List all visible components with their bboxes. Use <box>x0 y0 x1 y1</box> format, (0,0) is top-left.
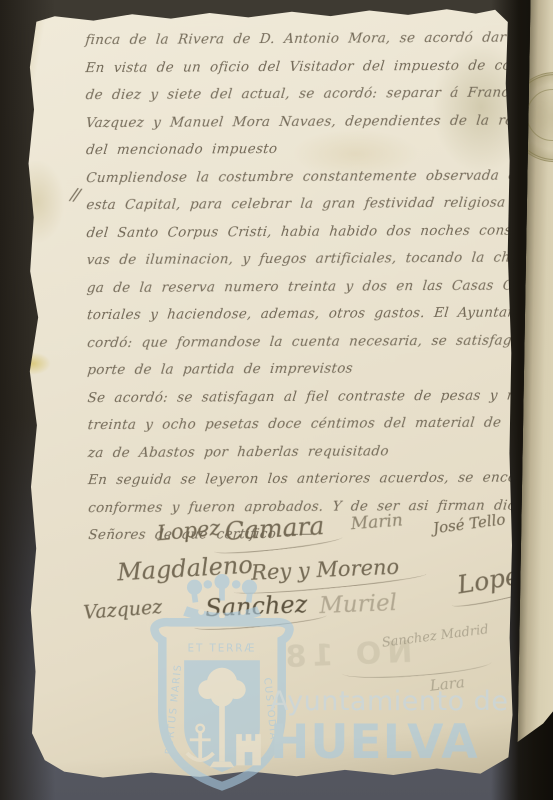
signature: Muriel <box>319 590 398 619</box>
archive-photo-scene: // finca de la Rivera de D. Antonio Mora… <box>0 0 553 800</box>
manuscript-line: del mencionado impuesto <box>85 135 508 165</box>
manuscript-text-block: finca de la Rivera de D. Antonio Mora, s… <box>84 25 507 550</box>
manuscript-line: En vista de un oficio del Visitador del … <box>84 52 507 82</box>
manuscript-line: vas de iluminacion, y fuegos artificiale… <box>85 245 508 275</box>
manuscript-line: treinta y ocho pesetas doce céntimos del… <box>86 410 509 440</box>
manuscript-line: toriales y haciendose, ademas, otros gas… <box>86 300 509 330</box>
manuscript-line: ga de la reserva numero treinta y dos en… <box>85 272 508 302</box>
manuscript-line: Cumpliendose la costumbre constantemente… <box>85 162 508 192</box>
manuscript-line: esta Capital, para celebrar la gran fest… <box>85 190 508 220</box>
signature: Camara <box>224 511 325 546</box>
manuscript-line: En seguida se leyeron los anteriores acu… <box>87 465 510 495</box>
signature: Vazquez <box>83 596 163 624</box>
margin-paragraph-mark: // <box>69 185 79 206</box>
manuscript-line: Vazquez y Manuel Mora Navaes, dependient… <box>84 107 507 137</box>
signature: Sanchez Madrid <box>381 622 489 651</box>
manuscript-line: finca de la Rivera de D. Antonio Mora, s… <box>84 25 507 55</box>
signature: Lara <box>429 673 466 695</box>
manuscript-line: del Santo Corpus Cristi, habia habido do… <box>85 217 508 247</box>
signature: Sanchez <box>205 590 308 622</box>
manuscript-line: za de Abastos por haberlas requisitado <box>86 437 509 467</box>
signature: Marin <box>350 510 403 534</box>
manuscript-line: cordó: que formandose la cuenta necesari… <box>86 327 509 357</box>
signature: Rey y Moreno <box>251 555 400 585</box>
manuscript-page: // finca de la Rivera de D. Antonio Mora… <box>26 7 515 780</box>
manuscript-line: de diez y siete del actual, se acordó: s… <box>84 80 507 110</box>
manuscript-line: porte de la partida de imprevistos <box>86 355 509 385</box>
signature: Magdaleno <box>116 551 253 587</box>
manuscript-line: Se acordó: se satisfagan al fiel contras… <box>86 382 509 412</box>
ink-stamp-inner-ring <box>526 89 553 142</box>
